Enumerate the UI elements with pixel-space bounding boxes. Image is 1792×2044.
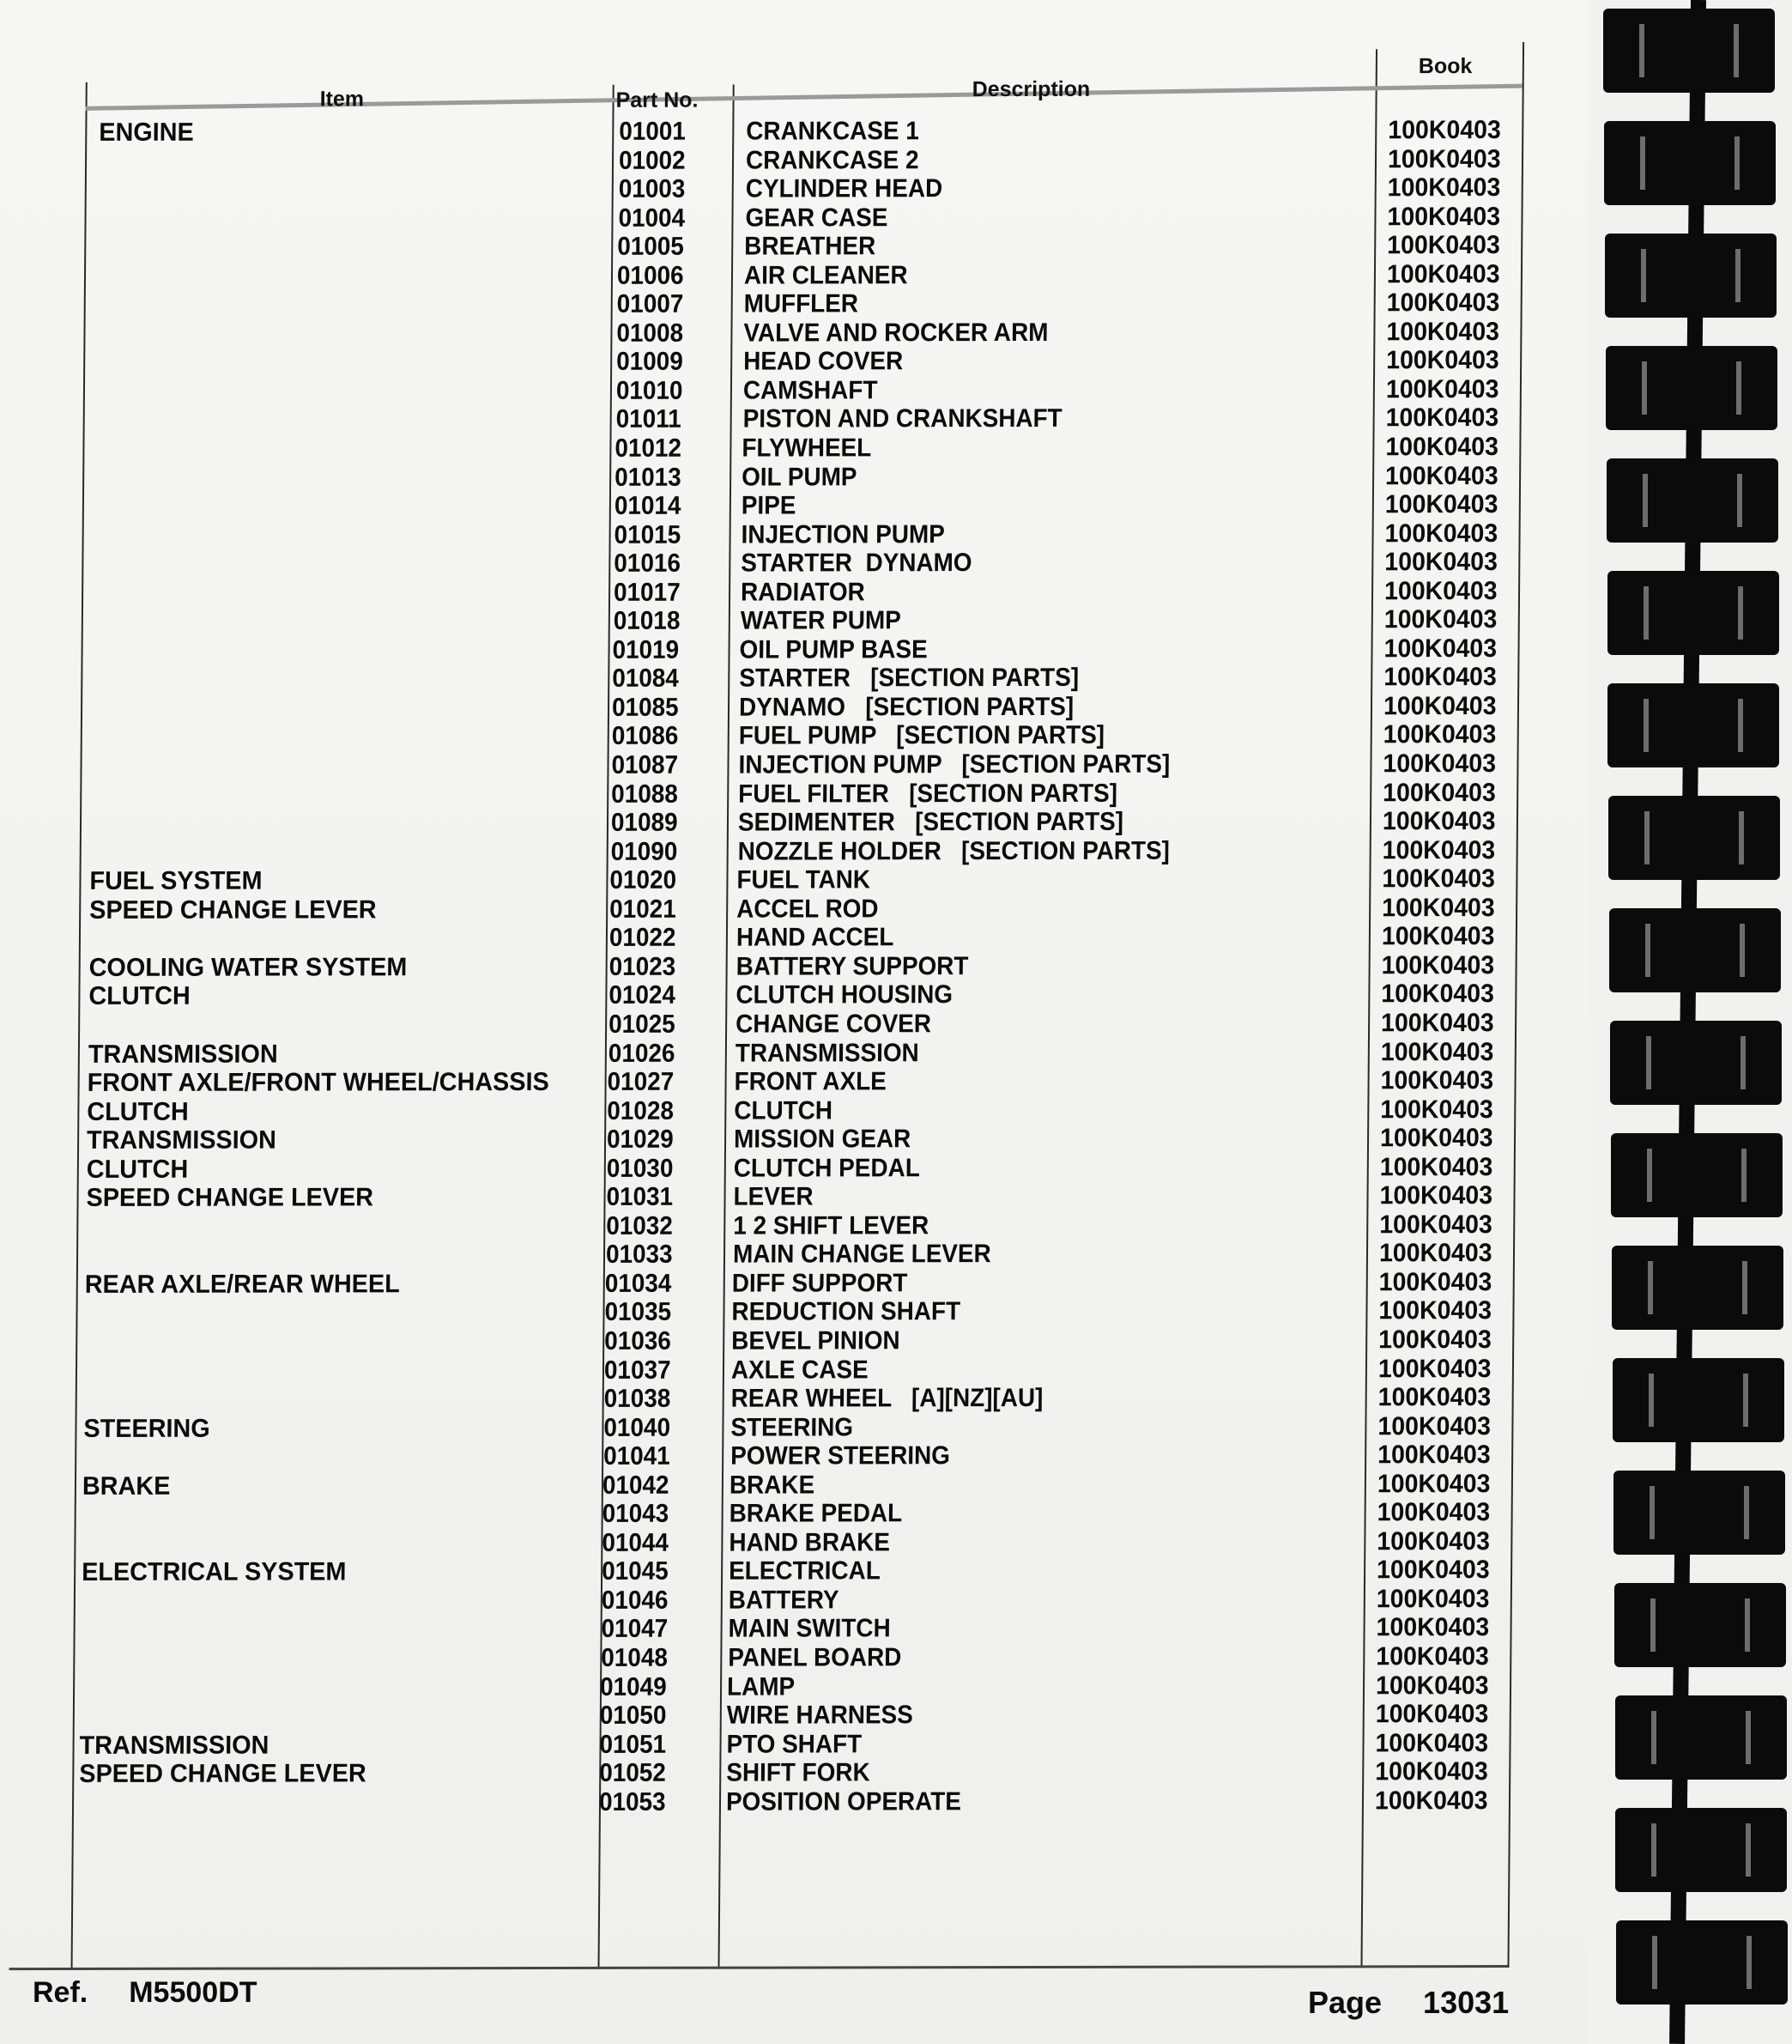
part-no-cell: 01044 — [602, 1529, 669, 1557]
book-cell: 100K0403 — [1379, 1239, 1492, 1267]
description-cell: STARTER DYNAMO — [741, 549, 972, 577]
table-row: SPEED CHANGE LEVER01021ACCEL ROD100K0403 — [17, 894, 1528, 925]
description-cell: GEAR CASE — [745, 203, 887, 232]
table-row: 01003CYLINDER HEAD100K0403 — [23, 173, 1534, 205]
part-no-cell: 01011 — [615, 405, 681, 434]
description-cell: OIL PUMP BASE — [740, 635, 928, 664]
item-cell: SPEED CHANGE LEVER — [89, 895, 377, 925]
description-cell: BEVEL PINION — [731, 1326, 900, 1355]
description-cell: HAND ACCEL — [736, 924, 894, 952]
table-row: TRANSMISSION01029MISSION GEAR100K0403 — [15, 1124, 1526, 1155]
table-row: 01004GEAR CASE100K0403 — [22, 203, 1533, 234]
binding-coil — [1610, 1021, 1782, 1105]
binding-coil — [1613, 1358, 1784, 1442]
table-row: BRAKE01042BRAKE100K0403 — [13, 1470, 1523, 1501]
book-cell: 100K0403 — [1383, 779, 1496, 807]
description-cell: MAIN SWITCH — [728, 1615, 890, 1643]
part-no-cell: 01042 — [602, 1471, 669, 1499]
part-no-cell: 01023 — [608, 953, 675, 981]
book-cell: 100K0403 — [1386, 346, 1499, 374]
book-cell: 100K0403 — [1377, 1441, 1491, 1469]
header-rule — [86, 84, 1523, 111]
book-cell: 100K0403 — [1380, 1153, 1493, 1181]
part-no-cell: 01090 — [610, 837, 677, 865]
table-row: 01085DYNAMO [SECTION PARTS]100K0403 — [19, 692, 1529, 724]
item-cell: STEERING — [83, 1414, 209, 1442]
description-cell: BATTERY SUPPORT — [736, 952, 968, 980]
table-row: 01036BEVEL PINION100K0403 — [14, 1325, 1524, 1357]
table-row: 01090NOZZLE HOLDER [SECTION PARTS]100K04… — [18, 836, 1529, 868]
book-cell: 100K0403 — [1376, 1700, 1489, 1728]
description-cell: ACCEL ROD — [736, 895, 879, 923]
book-cell: 100K0403 — [1380, 1095, 1493, 1124]
description-cell: VALVE AND ROCKER ARM — [743, 318, 1048, 348]
book-cell: 100K0403 — [1377, 1412, 1491, 1441]
description-cell: CLUTCH HOUSING — [736, 981, 953, 1010]
part-no-cell: 01020 — [610, 866, 677, 895]
part-no-cell: 01031 — [606, 1183, 673, 1211]
table-row: SPEED CHANGE LEVER01031LEVER100K0403 — [15, 1181, 1525, 1213]
table-row: 01084STARTER [SECTION PARTS]100K0403 — [19, 663, 1529, 694]
table-row: ENGINE01001CRANKCASE 1100K0403 — [23, 116, 1534, 148]
column-header-description: Description — [972, 77, 1091, 102]
book-cell: 100K0403 — [1388, 173, 1501, 202]
item-cell: ELECTRICAL SYSTEM — [82, 1558, 347, 1587]
book-cell: 100K0403 — [1381, 1009, 1494, 1037]
part-no-cell: 01010 — [616, 377, 683, 405]
book-cell: 100K0403 — [1387, 288, 1500, 317]
table-row: STEERING01040STEERING100K0403 — [13, 1412, 1523, 1444]
description-cell: SEDIMENTER [SECTION PARTS] — [737, 808, 1123, 837]
description-cell: LAMP — [727, 1672, 795, 1701]
item-cell: TRANSMISSION — [87, 1126, 276, 1155]
description-cell: HAND BRAKE — [729, 1528, 890, 1556]
description-cell: STEERING — [730, 1413, 853, 1441]
part-no-cell: 01029 — [607, 1125, 674, 1154]
part-no-cell: 01040 — [603, 1413, 670, 1441]
table-row: 01008VALVE AND ROCKER ARM100K0403 — [21, 318, 1532, 349]
book-cell: 100K0403 — [1381, 980, 1494, 1008]
book-cell: 100K0403 — [1382, 894, 1495, 922]
book-cell: 100K0403 — [1382, 864, 1495, 893]
table-row: CLUTCH01024CLUTCH HOUSING100K0403 — [16, 980, 1527, 1011]
description-cell: BREATHER — [745, 232, 876, 260]
table-body: ENGINE01001CRANKCASE 1100K040301002CRANK… — [10, 116, 1534, 1817]
book-cell: 100K0403 — [1388, 116, 1501, 144]
book-cell: 100K0403 — [1384, 548, 1498, 576]
table-row: FRONT AXLE/FRONT WHEEL/CHASSIS01027FRONT… — [16, 1066, 1527, 1098]
table-row: 01087INJECTION PUMP [SECTION PARTS]100K0… — [18, 749, 1529, 781]
part-no-cell: 01009 — [616, 348, 683, 376]
table-row: 01012FLYWHEEL100K0403 — [21, 433, 1531, 464]
binding-coil — [1603, 9, 1775, 93]
description-cell: PIPE — [742, 492, 796, 520]
book-cell: 100K0403 — [1380, 1124, 1493, 1152]
table-row: FUEL SYSTEM01020FUEL TANK100K0403 — [17, 864, 1528, 896]
part-no-cell: 01007 — [617, 290, 684, 318]
book-cell: 100K0403 — [1381, 1038, 1494, 1066]
catalog-page: Item Part No. Description Book ENGINE010… — [0, 0, 1588, 2044]
page-label: Page — [1308, 1985, 1382, 2020]
part-no-cell: 01088 — [611, 779, 678, 808]
book-cell: 100K0403 — [1379, 1268, 1492, 1296]
part-no-cell: 01022 — [609, 924, 676, 952]
book-cell: 100K0403 — [1378, 1325, 1492, 1354]
description-cell: POSITION OPERATE — [726, 1787, 961, 1816]
table-row: 01002CRANKCASE 2100K0403 — [23, 144, 1534, 176]
part-no-cell: 01030 — [607, 1154, 674, 1182]
table-row: 01050WIRE HARNESS100K0403 — [11, 1700, 1522, 1732]
binding-coil — [1606, 346, 1777, 430]
description-cell: CHANGE COVER — [736, 1010, 931, 1038]
item-cell: SPEED CHANGE LEVER — [79, 1760, 366, 1789]
binding-coil — [1607, 571, 1779, 655]
table-row: 01041POWER STEERING100K0403 — [13, 1441, 1523, 1472]
item-cell: TRANSMISSION — [88, 1040, 277, 1068]
spiral-binding — [1588, 0, 1792, 2044]
parts-index-table: Item Part No. Description Book ENGINE010… — [9, 58, 1535, 1970]
column-header-part-no: Part No. — [615, 88, 698, 113]
table-row: 01014PIPE100K0403 — [21, 490, 1531, 522]
book-cell: 100K0403 — [1387, 260, 1500, 288]
book-cell: 100K0403 — [1378, 1355, 1492, 1383]
item-cell: CLUTCH — [88, 982, 191, 1010]
footer-reference: Ref.M5500DT — [33, 1976, 257, 2010]
part-no-cell: 01036 — [604, 1327, 671, 1356]
table-row: 01018WATER PUMP100K0403 — [20, 605, 1530, 637]
binding-coil — [1605, 234, 1777, 318]
part-no-cell: 01028 — [607, 1096, 674, 1125]
part-no-cell: 01017 — [614, 578, 681, 606]
description-cell: FRONT AXLE — [735, 1067, 887, 1095]
item-cell: TRANSMISSION — [80, 1731, 269, 1759]
part-no-cell: 01005 — [618, 233, 685, 261]
binding-coil — [1616, 1920, 1788, 2005]
description-cell: CLUTCH — [734, 1096, 832, 1125]
binding-coil — [1613, 1471, 1785, 1555]
part-no-cell: 01085 — [612, 694, 679, 722]
binding-coil — [1608, 796, 1780, 880]
part-no-cell: 01045 — [602, 1557, 669, 1586]
book-cell: 100K0403 — [1383, 807, 1496, 835]
table-row: SPEED CHANGE LEVER01052SHIFT FORK100K040… — [10, 1757, 1521, 1789]
book-cell: 100K0403 — [1379, 1181, 1492, 1210]
table-row: 01086FUEL PUMP [SECTION PARTS]100K0403 — [19, 720, 1529, 752]
ref-label: Ref. — [33, 1976, 88, 2009]
item-cell: FUEL SYSTEM — [90, 867, 263, 895]
book-cell: 100K0403 — [1384, 577, 1498, 605]
table-row: COOLING WATER SYSTEM01023BATTERY SUPPORT… — [17, 951, 1528, 983]
part-no-cell: 01047 — [601, 1615, 668, 1643]
description-cell: WIRE HARNESS — [727, 1701, 913, 1729]
part-no-cell: 01086 — [612, 722, 679, 750]
part-no-cell: 01049 — [600, 1672, 667, 1701]
part-no-cell: 01014 — [614, 492, 681, 520]
part-no-cell: 01032 — [606, 1212, 673, 1240]
table-row: 01013OIL PUMP100K0403 — [21, 462, 1531, 494]
part-no-cell: 01089 — [611, 809, 678, 837]
table-row: 01043BRAKE PEDAL100K0403 — [13, 1498, 1523, 1530]
table-row: 01006AIR CLEANER100K0403 — [22, 260, 1533, 292]
binding-coil — [1615, 1695, 1787, 1780]
part-no-cell: 01046 — [602, 1586, 669, 1615]
book-cell: 100K0403 — [1387, 231, 1500, 259]
description-cell: CRANKCASE 2 — [746, 146, 919, 174]
part-no-cell: 01043 — [602, 1500, 669, 1528]
binding-coil — [1607, 683, 1779, 767]
column-header-item: Item — [320, 87, 365, 112]
table-row: 01016STARTER DYNAMO100K0403 — [20, 548, 1530, 579]
book-cell: 100K0403 — [1385, 433, 1498, 461]
part-no-cell: 01012 — [615, 434, 682, 463]
description-cell: MUFFLER — [744, 290, 859, 318]
description-cell: STARTER [SECTION PARTS] — [740, 664, 1080, 693]
book-cell: 100K0403 — [1376, 1614, 1489, 1642]
description-cell: FUEL PUMP [SECTION PARTS] — [739, 721, 1105, 750]
description-cell: POWER STEERING — [730, 1441, 950, 1470]
book-cell: 100K0403 — [1376, 1671, 1489, 1700]
binding-coil — [1615, 1808, 1787, 1892]
book-cell: 100K0403 — [1375, 1757, 1488, 1786]
description-cell: LEVER — [733, 1183, 813, 1211]
part-no-cell: 01052 — [599, 1759, 666, 1787]
description-cell: CLUTCH PEDAL — [734, 1154, 920, 1182]
part-no-cell: 01050 — [600, 1701, 667, 1730]
description-cell: INJECTION PUMP [SECTION PARTS] — [738, 750, 1170, 779]
item-cell: COOLING WATER SYSTEM — [89, 953, 408, 982]
table-row: CLUTCH01028CLUTCH100K0403 — [15, 1095, 1526, 1127]
ref-value: M5500DT — [129, 1976, 257, 2009]
table-row: 01007MUFFLER100K0403 — [22, 288, 1533, 320]
column-header-book: Book — [1419, 54, 1473, 79]
table-row: ELECTRICAL SYSTEM01045ELECTRICAL100K0403 — [12, 1556, 1523, 1587]
book-cell: 100K0403 — [1383, 721, 1497, 749]
description-cell: AXLE CASE — [731, 1356, 869, 1384]
part-no-cell: 01024 — [608, 981, 675, 1010]
binding-coil — [1611, 1133, 1783, 1217]
book-cell: 100K0403 — [1380, 1066, 1493, 1095]
book-cell: 100K0403 — [1375, 1729, 1488, 1757]
table-row: 010321 2 SHIFT LEVER100K0403 — [15, 1210, 1525, 1242]
table-row: 01049LAMP100K0403 — [11, 1671, 1522, 1703]
table-row: 01088FUEL FILTER [SECTION PARTS]100K0403 — [18, 779, 1529, 810]
description-cell: CRANKCASE 1 — [746, 117, 919, 145]
table-row: TRANSMISSION01026TRANSMISSION100K0403 — [16, 1037, 1527, 1069]
part-no-cell: 01027 — [608, 1068, 675, 1096]
description-cell: 1 2 SHIFT LEVER — [733, 1211, 929, 1240]
part-no-cell: 01001 — [619, 118, 686, 146]
description-cell: NOZZLE HOLDER [SECTION PARTS] — [737, 836, 1169, 865]
part-no-cell: 01003 — [618, 175, 685, 203]
description-cell: FLYWHEEL — [742, 434, 872, 462]
part-no-cell: 01038 — [603, 1385, 670, 1413]
description-cell: REAR WHEEL [A][NZ][AU] — [730, 1384, 1043, 1413]
description-cell: RADIATOR — [741, 578, 865, 606]
part-no-cell: 01051 — [600, 1730, 667, 1758]
part-no-cell: 01048 — [601, 1644, 668, 1672]
book-cell: 100K0403 — [1382, 922, 1495, 950]
binding-coil — [1607, 458, 1778, 543]
part-no-cell: 01034 — [605, 1270, 672, 1298]
item-cell: FRONT AXLE/FRONT WHEEL/CHASSIS — [88, 1068, 549, 1097]
book-cell: 100K0403 — [1378, 1383, 1492, 1411]
description-cell: DIFF SUPPORT — [732, 1269, 908, 1297]
book-cell: 100K0403 — [1384, 519, 1498, 548]
table-row: 01047MAIN SWITCH100K0403 — [12, 1613, 1523, 1645]
description-cell: DYNAMO [SECTION PARTS] — [739, 693, 1074, 722]
page-value: 13031 — [1423, 1985, 1509, 2020]
book-cell: 100K0403 — [1385, 490, 1498, 519]
book-cell: 100K0403 — [1383, 634, 1497, 663]
book-cell: 100K0403 — [1383, 836, 1496, 864]
description-cell: CAMSHAFT — [743, 376, 878, 404]
table-row: 01048PANEL BOARD100K0403 — [11, 1642, 1522, 1674]
part-no-cell: 01004 — [618, 203, 685, 232]
part-no-cell: 01087 — [611, 751, 678, 779]
table-row: 01015INJECTION PUMP100K0403 — [21, 519, 1531, 551]
description-cell: INJECTION PUMP — [742, 520, 945, 549]
item-cell: CLUTCH — [87, 1097, 189, 1125]
description-cell: ELECTRICAL — [729, 1557, 881, 1586]
table-row: 01019OIL PUMP BASE100K0403 — [19, 634, 1529, 666]
part-no-cell: 01016 — [614, 549, 681, 578]
description-cell: BRAKE — [730, 1471, 814, 1499]
book-cell: 100K0403 — [1382, 951, 1495, 980]
table-bottom-rule — [9, 1965, 1508, 1970]
description-cell: AIR CLEANER — [744, 261, 908, 289]
description-cell: FUEL FILTER [SECTION PARTS] — [738, 779, 1117, 808]
book-cell: 100K0403 — [1383, 749, 1496, 778]
description-cell: TRANSMISSION — [735, 1039, 918, 1067]
part-no-cell: 01019 — [613, 636, 680, 664]
part-no-cell: 01006 — [617, 261, 684, 289]
table-row: 01025CHANGE COVER100K0403 — [16, 1009, 1527, 1040]
table-row: 01033MAIN CHANGE LEVER100K0403 — [15, 1239, 1525, 1271]
description-cell: BRAKE PEDAL — [730, 1500, 903, 1528]
book-cell: 100K0403 — [1377, 1498, 1491, 1526]
binding-coil — [1612, 1246, 1783, 1330]
book-cell: 100K0403 — [1386, 403, 1499, 432]
table-row: 01037AXLE CASE100K0403 — [14, 1355, 1524, 1386]
table-row: 01010CAMSHAFT100K0403 — [21, 375, 1532, 407]
part-no-cell: 01002 — [619, 146, 686, 174]
item-cell: REAR AXLE/REAR WHEEL — [85, 1270, 400, 1299]
description-cell: PTO SHAFT — [727, 1730, 863, 1758]
description-cell: REDUCTION SHAFT — [732, 1298, 961, 1326]
book-cell: 100K0403 — [1383, 663, 1497, 691]
part-no-cell: 01033 — [605, 1240, 672, 1269]
book-cell: 100K0403 — [1383, 692, 1497, 720]
table-row: 01089SEDIMENTER [SECTION PARTS]100K0403 — [18, 807, 1529, 839]
table-row: 01038REAR WHEEL [A][NZ][AU]100K0403 — [14, 1383, 1524, 1415]
item-cell: BRAKE — [82, 1471, 171, 1500]
table-row: 01011PISTON AND CRANKSHAFT100K0403 — [21, 403, 1532, 435]
table-row: REAR AXLE/REAR WHEEL01034DIFF SUPPORT100… — [15, 1268, 1525, 1300]
part-no-cell: 01025 — [608, 1010, 675, 1039]
book-cell: 100K0403 — [1386, 375, 1499, 403]
book-cell: 100K0403 — [1377, 1556, 1490, 1584]
book-cell: 100K0403 — [1377, 1585, 1490, 1613]
item-cell: CLUTCH — [87, 1155, 189, 1183]
part-no-cell: 01053 — [599, 1787, 666, 1816]
book-cell: 100K0403 — [1377, 1527, 1490, 1556]
description-cell: PANEL BOARD — [728, 1643, 901, 1671]
part-no-cell: 01084 — [613, 664, 680, 693]
part-no-cell: 01041 — [603, 1442, 670, 1471]
description-cell: OIL PUMP — [742, 463, 857, 491]
part-no-cell: 01021 — [609, 895, 676, 923]
book-cell: 100K0403 — [1375, 1786, 1488, 1815]
footer-page-number: Page13031 — [1308, 1985, 1509, 2021]
binding-coil — [1614, 1583, 1786, 1667]
book-cell: 100K0403 — [1387, 203, 1500, 231]
item-cell: SPEED CHANGE LEVER — [86, 1184, 373, 1213]
part-no-cell: 01026 — [608, 1039, 675, 1067]
description-cell: BATTERY — [729, 1586, 839, 1614]
part-no-cell: 01008 — [616, 318, 683, 347]
table-row: CLUTCH01030CLUTCH PEDAL100K0403 — [15, 1153, 1526, 1185]
description-cell: MISSION GEAR — [734, 1125, 911, 1153]
part-no-cell: 01015 — [614, 520, 681, 549]
description-cell: MAIN CHANGE LEVER — [732, 1240, 990, 1269]
table-row: 01005BREATHER100K0403 — [22, 231, 1533, 263]
book-cell: 100K0403 — [1378, 1296, 1492, 1325]
book-cell: 100K0403 — [1377, 1470, 1491, 1498]
table-row: 01009HEAD COVER100K0403 — [21, 346, 1532, 378]
table-row: 01044HAND BRAKE100K0403 — [12, 1527, 1523, 1559]
part-no-cell: 01037 — [604, 1356, 671, 1384]
part-no-cell: 01013 — [614, 463, 681, 491]
book-cell: 100K0403 — [1379, 1210, 1492, 1239]
description-cell: FUEL TANK — [737, 866, 871, 895]
part-no-cell: 01018 — [613, 607, 680, 635]
book-cell: 100K0403 — [1385, 462, 1498, 490]
table-row: 01046BATTERY100K0403 — [12, 1585, 1523, 1616]
description-cell: PISTON AND CRANKSHAFT — [742, 404, 1062, 434]
binding-coil — [1604, 121, 1776, 205]
book-cell: 100K0403 — [1388, 145, 1501, 173]
book-cell: 100K0403 — [1376, 1642, 1489, 1671]
description-cell: CYLINDER HEAD — [745, 174, 942, 203]
table-row: 01035REDUCTION SHAFT100K0403 — [14, 1296, 1524, 1328]
book-cell: 100K0403 — [1384, 605, 1498, 634]
item-cell: ENGINE — [99, 118, 194, 147]
table-row: 01022HAND ACCEL100K0403 — [17, 922, 1528, 954]
book-cell: 100K0403 — [1386, 318, 1499, 346]
table-row: 01017RADIATOR100K0403 — [20, 577, 1530, 609]
description-cell: WATER PUMP — [740, 607, 900, 635]
part-no-cell: 01035 — [605, 1298, 672, 1326]
binding-coil — [1609, 908, 1781, 992]
description-cell: SHIFT FORK — [726, 1759, 870, 1787]
table-row: TRANSMISSION01051PTO SHAFT100K0403 — [10, 1729, 1521, 1761]
table-row: 01053POSITION OPERATE100K0403 — [10, 1786, 1521, 1818]
description-cell: HEAD COVER — [743, 348, 903, 376]
